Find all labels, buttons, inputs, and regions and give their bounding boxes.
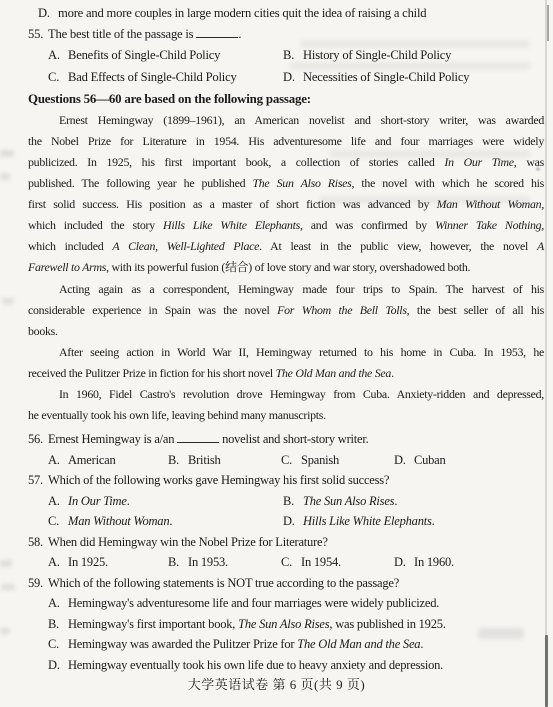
- option-b: B.The Sun Also Rises.: [283, 491, 397, 512]
- question-59-option-b: B. Hemingway's first important book, The…: [28, 614, 544, 635]
- question-58-stem-line: 58. When did Hemingway win the Nobel Pri…: [28, 532, 544, 553]
- question-number: 58.: [28, 532, 48, 553]
- page-footer: 大学英语试卷 第 6 页(共 9 页): [0, 674, 553, 693]
- option-c: C.Bad Effects of Single-Child Policy: [48, 67, 283, 88]
- option-d: D.In 1960.: [394, 552, 454, 573]
- exam-page-scan: D. more and more couples in large modern…: [0, 0, 553, 707]
- question-56-options: A.AmericanB.BritishC.SpanishD.Cuban: [28, 450, 544, 471]
- reading-passage: Ernest Hemingway (1899–1961), an America…: [28, 110, 544, 426]
- question-number: 55.: [28, 24, 48, 45]
- option-label: D.: [38, 3, 58, 24]
- option-d: D.Necessities of Single-Child Policy: [283, 67, 469, 88]
- passage-line: Acting again as a correspondent, Hemingw…: [28, 279, 544, 300]
- bleed-through-mark: [0, 628, 10, 634]
- question-55-stem-line: 55. The best title of the passage is .: [28, 24, 544, 45]
- question-57-options-row-1: A.In Our Time.B.The Sun Also Rises.: [28, 491, 544, 512]
- option-a: A.American: [48, 450, 168, 471]
- question-55-options-row-1: A.Benefits of Single-Child PolicyB.Histo…: [28, 45, 544, 66]
- bleed-through-mark: [2, 298, 14, 304]
- option-b: B.History of Single-Child Policy: [283, 45, 451, 66]
- bleed-through-mark: [0, 173, 10, 180]
- question-59-option-c: C. Hemingway was awarded the Pulitzer Pr…: [28, 634, 544, 655]
- bleed-through-mark: [0, 560, 12, 567]
- passage-line: Ernest Hemingway (1899–1961), an America…: [28, 110, 544, 131]
- passage-line: After seeing action in World War II, Hem…: [28, 342, 544, 363]
- option-d: D.Cuban: [394, 450, 446, 471]
- passage-line: published. The following year he publish…: [28, 173, 544, 194]
- question-stem: When did Hemingway win the Nobel Prize f…: [48, 532, 544, 553]
- question-57-stem-line: 57. Which of the following works gave He…: [28, 470, 544, 491]
- option-c: C.Spanish: [281, 450, 394, 471]
- question-number: 56.: [28, 429, 48, 450]
- passage-line: he eventually took his own life, leaving…: [28, 405, 544, 426]
- page-content: D. more and more couples in large modern…: [28, 3, 544, 675]
- passage-line: first solid success. His position as a m…: [28, 194, 544, 215]
- option-a: A.In 1925.: [48, 552, 168, 573]
- question-55-options-row-2: C.Bad Effects of Single-Child PolicyD.Ne…: [28, 67, 544, 88]
- passage-line: which included the story Hills Like Whit…: [28, 215, 544, 236]
- option-a: A.In Our Time.: [48, 491, 283, 512]
- passage-line: received the Pulitzer Prize in fiction f…: [28, 363, 544, 384]
- question-stem: The best title of the passage is .: [48, 24, 544, 45]
- option-text: more and more couples in large modern ci…: [58, 3, 426, 24]
- section-heading: Questions 56—60 are based on the followi…: [28, 88, 544, 110]
- scan-edge-line: [545, 0, 547, 707]
- question-55-block: D. more and more couples in large modern…: [28, 3, 544, 110]
- option-c: C.Man Without Woman.: [48, 511, 283, 532]
- option-c: C.In 1954.: [281, 552, 394, 573]
- question-stem: Which of the following statements is NOT…: [48, 573, 544, 594]
- option-a: A.Benefits of Single-Child Policy: [48, 45, 283, 66]
- question-number: 57.: [28, 470, 48, 491]
- option-b: B.In 1953.: [168, 552, 281, 573]
- bleed-through-mark: [1, 584, 15, 590]
- question-58-options: A.In 1925.B.In 1953.C.In 1954.D.In 1960.: [28, 552, 544, 573]
- passage-line: books.: [28, 321, 544, 342]
- option-d: D.Hills Like White Elephants.: [283, 511, 435, 532]
- fill-in-blank: [177, 431, 219, 443]
- fill-in-blank: [196, 26, 238, 38]
- questions-section: 56. Ernest Hemingway is a/an novelist an…: [28, 429, 544, 675]
- question-57-options-row-2: C.Man Without Woman.D.Hills Like White E…: [28, 511, 544, 532]
- passage-line: which included A Clean, Well-Lighted Pla…: [28, 236, 544, 257]
- scan-edge-mark-bottom: [545, 635, 548, 707]
- passage-line: Farewell to Arms, with its powerful fusi…: [28, 257, 544, 278]
- question-59-stem-line: 59. Which of the following statements is…: [28, 573, 544, 594]
- question-stem: Which of the following works gave Heming…: [48, 470, 544, 491]
- passage-line: considerable experience in Spain was the…: [28, 300, 544, 321]
- passage-line: In 1960, Fidel Castro's revolution drove…: [28, 384, 544, 405]
- question-stem: Ernest Hemingway is a/an novelist and sh…: [48, 429, 544, 450]
- bleed-through-mark: [0, 150, 14, 157]
- question-54-option-d: D. more and more couples in large modern…: [28, 3, 544, 24]
- passage-line: the Nobel Prize for Literature in 1954. …: [28, 131, 544, 152]
- question-59-option-d: D. Hemingway eventually took his own lif…: [28, 655, 544, 676]
- option-b: B.British: [168, 450, 281, 471]
- question-59-option-a: A. Hemingway's adventuresome life and fo…: [28, 593, 544, 614]
- passage-line: publicized. In 1925, his first important…: [28, 152, 544, 173]
- question-56-stem-line: 56. Ernest Hemingway is a/an novelist an…: [28, 429, 544, 450]
- question-number: 59.: [28, 573, 48, 594]
- scan-edge-mark-top: [547, 5, 549, 41]
